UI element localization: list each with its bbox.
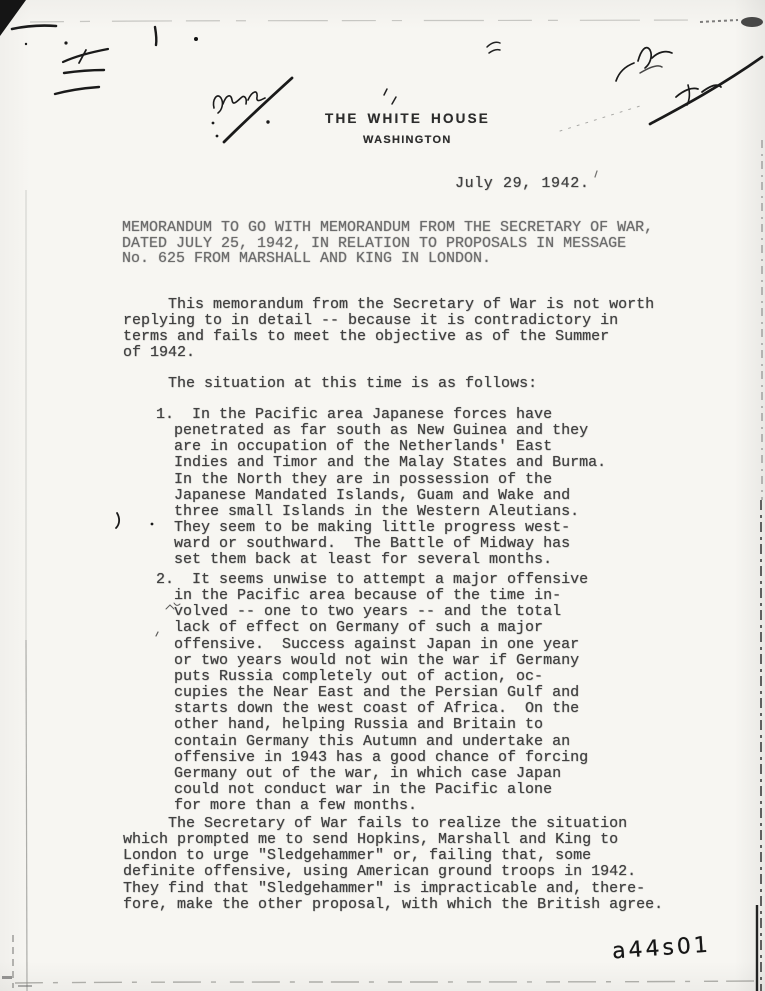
pen-cursive-scribble-top-right <box>560 48 762 131</box>
list-item-2: 2. It seems unwise to attempt a major of… <box>156 572 588 814</box>
letterhead-line2: WASHINGTON <box>363 134 452 146</box>
situation-intro: The situation at this time is as follows… <box>123 376 537 392</box>
letterhead-line1: THE WHITE HOUSE <box>325 111 490 126</box>
corner-fold-mark <box>0 0 26 36</box>
scanned-memo-page: THE WHITE HOUSE WASHINGTON July 29, 1942… <box>0 0 765 991</box>
list-item-1: 1. In the Pacific area Japanese forces h… <box>156 407 606 569</box>
paragraph-3: The Secretary of War fails to realize th… <box>123 816 663 913</box>
pen-scribble-and-slash <box>212 78 292 142</box>
handwritten-archive-code: a44s01 <box>611 933 711 965</box>
memo-title: MEMORANDUM TO GO WITH MEMORANDUM FROM TH… <box>122 220 653 267</box>
scan-right-edge-line <box>757 140 762 991</box>
date-line: July 29, 1942. <box>455 176 589 192</box>
pen-dashes-top-left <box>12 26 198 94</box>
pen-tick-marks-center <box>384 42 500 104</box>
scan-top-right-smudge <box>700 17 763 27</box>
scan-top-streak <box>30 20 700 22</box>
scan-left-edge-line <box>13 190 27 991</box>
paragraph-1: This memorandum from the Secretary of Wa… <box>123 297 654 362</box>
scan-bottom-line <box>2 976 755 987</box>
